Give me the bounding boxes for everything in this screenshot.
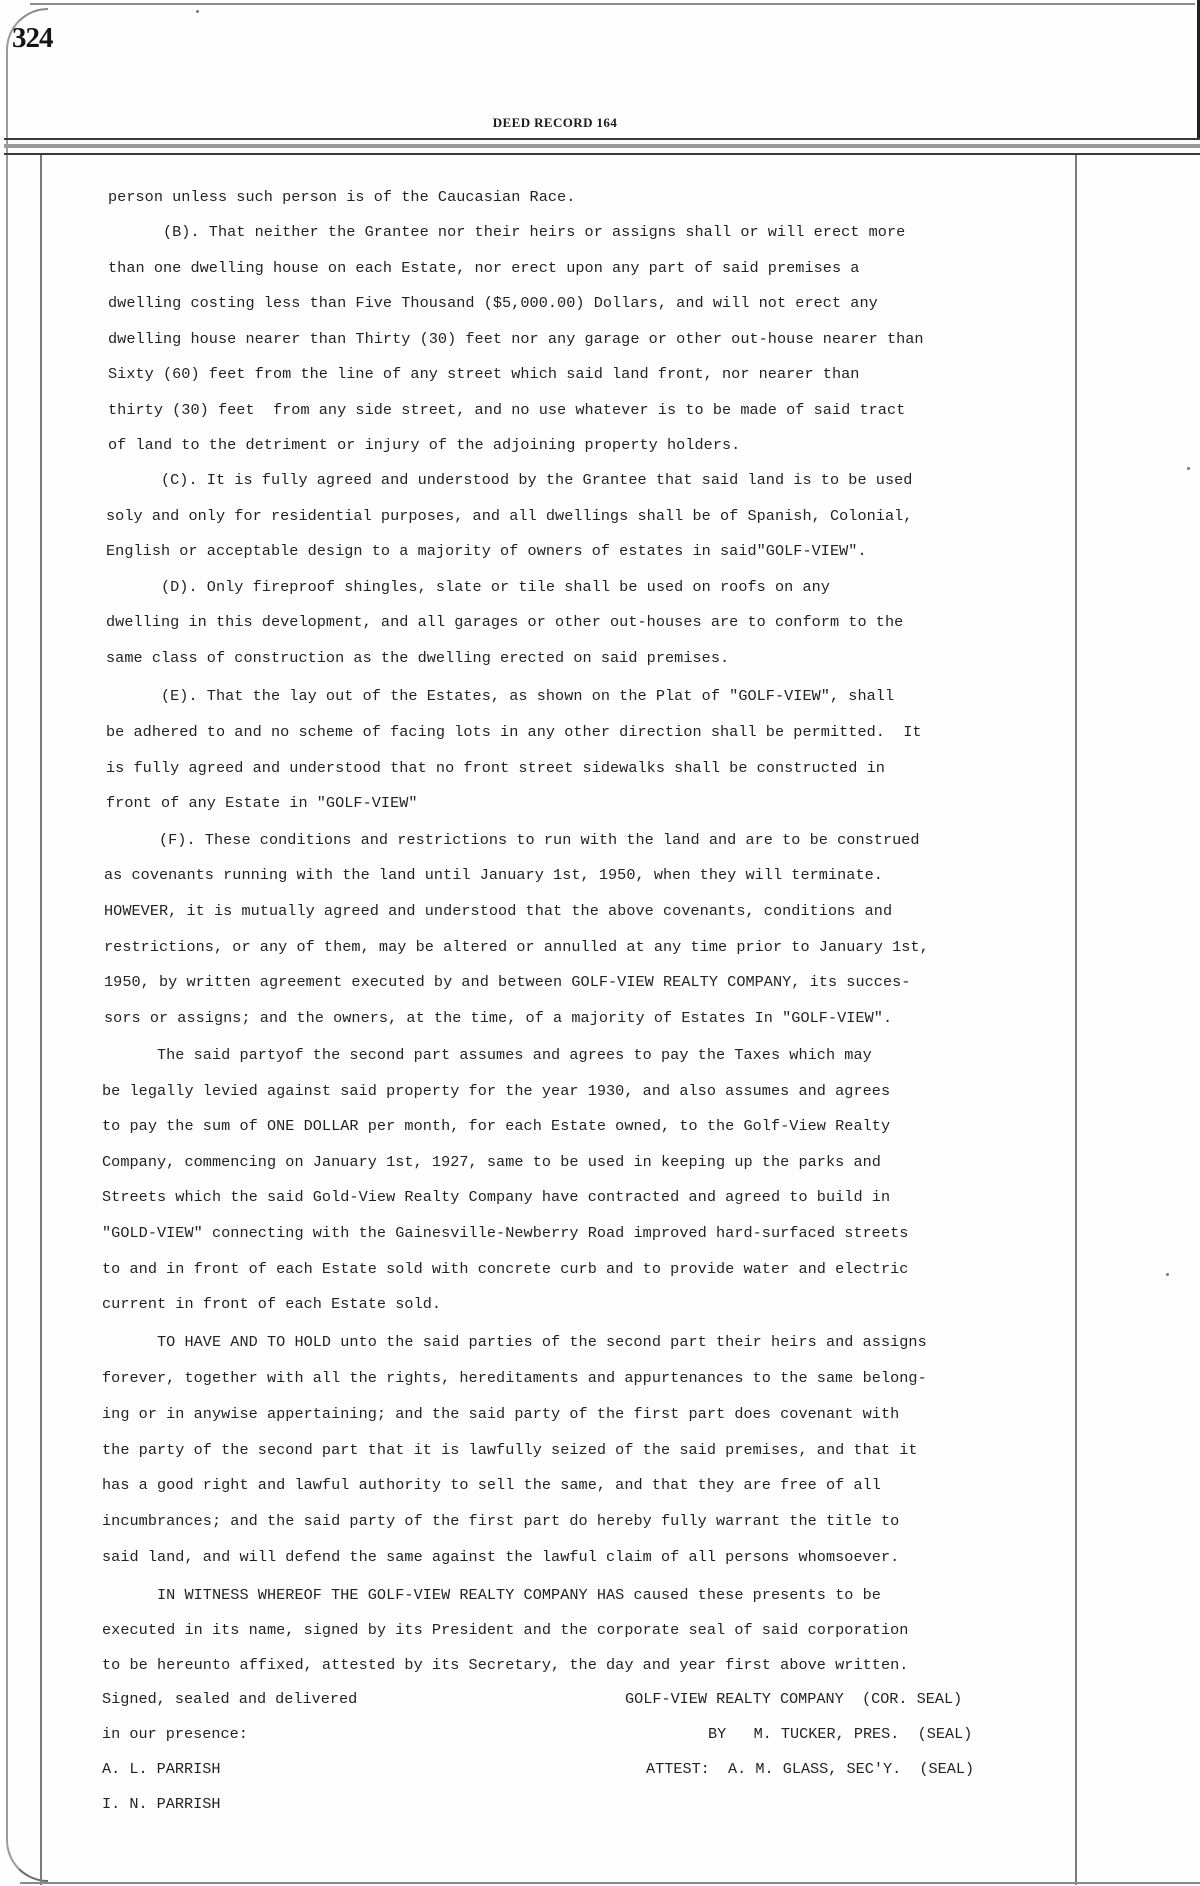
text-line: executed in its name, signed by its Pres… [102,1621,908,1639]
text-line: The said partyof the second part assumes… [102,1046,872,1064]
text-line: has a good right and lawful authority to… [102,1476,881,1494]
text-line: front of any Estate in "GOLF-VIEW" [106,794,418,812]
header-rule-bottom [4,153,1200,155]
grantor-company: GOLF-VIEW REALTY COMPANY (COR. SEAL) [625,1690,962,1708]
text-line: dwelling costing less than Five Thousand… [108,294,878,312]
text-line: (C). It is fully agreed and understood b… [106,471,912,489]
text-line: (E). That the lay out of the Estates, as… [106,687,894,705]
text-line: be adhered to and no scheme of facing lo… [106,723,922,741]
text-line: sors or assigns; and the owners, at the … [104,1009,892,1027]
page-bottom-edge [20,1882,1200,1884]
grantor-president: BY M. TUCKER, PRES. (SEAL) [708,1725,972,1743]
grantor-secretary: ATTEST: A. M. GLASS, SEC'Y. (SEAL) [646,1760,974,1778]
text-line: dwelling house nearer than Thirty (30) f… [108,330,924,348]
text-line: "GOLD-VIEW" connecting with the Gainesvi… [102,1224,908,1242]
text-line: HOWEVER, it is mutually agreed and under… [104,902,892,920]
record-title: DEED RECORD 164 [0,115,1110,131]
text-line: IN WITNESS WHEREOF THE GOLF-VIEW REALTY … [102,1586,881,1604]
text-line: current in front of each Estate sold. [102,1295,441,1313]
text-line: than one dwelling house on each Estate, … [108,259,859,277]
scan-speck [1187,467,1190,470]
text-line: said land, and will defend the same agai… [102,1548,899,1566]
text-line: to and in front of each Estate sold with… [102,1260,908,1278]
text-line: restrictions, or any of them, may be alt… [104,938,929,956]
witness-name: I. N. PARRISH [102,1795,220,1813]
page-number: 324 [12,22,53,55]
witness-name: A. L. PARRISH [102,1760,220,1778]
left-margin-line [40,155,42,1885]
text-line: same class of construction as the dwelli… [106,649,729,667]
scan-speck [1166,1273,1169,1276]
text-line: dwelling in this development, and all ga… [106,613,903,631]
page-top-edge [30,3,1195,5]
header-rule-double [4,144,1200,148]
text-line: Sixty (60) feet from the line of any str… [108,365,859,383]
text-line: is fully agreed and understood that no f… [106,759,885,777]
text-line: to pay the sum of ONE DOLLAR per month, … [102,1117,890,1135]
text-line: English or acceptable design to a majori… [106,542,867,560]
text-line: thirty (30) feet from any side street, a… [108,401,905,419]
text-line: TO HAVE AND TO HOLD unto the said partie… [102,1333,927,1351]
text-line: person unless such person is of the Cauc… [108,188,575,206]
text-line: ing or in anywise appertaining; and the … [102,1405,899,1423]
text-line: to be hereunto affixed, attested by its … [102,1656,908,1674]
text-line: as covenants running with the land until… [104,866,883,884]
text-line: (F). These conditions and restrictions t… [104,831,920,849]
header-rule-top [4,138,1200,140]
text-line: (B). That neither the Grantee nor their … [108,223,905,241]
text-line: Streets which the said Gold-View Realty … [102,1188,890,1206]
witness-caption: in our presence: [102,1725,248,1743]
text-line: 1950, by written agreement executed by a… [104,973,910,991]
text-line: of land to the detriment or injury of th… [108,436,740,454]
text-line: forever, together with all the rights, h… [102,1369,927,1387]
text-line: be legally levied against said property … [102,1082,890,1100]
text-line: Company, commencing on January 1st, 1927… [102,1153,881,1171]
right-margin-line [1075,155,1077,1885]
text-line: incumbrances; and the said party of the … [102,1512,899,1530]
deed-record-page: 324 DEED RECORD 164 person unless such p… [0,0,1200,1886]
text-line: the party of the second part that it is … [102,1441,918,1459]
text-line: soly and only for residential purposes, … [106,507,912,525]
text-line: (D). Only fireproof shingles, slate or t… [106,578,830,596]
witness-caption: Signed, sealed and delivered [102,1690,357,1708]
scan-speck [196,10,199,13]
